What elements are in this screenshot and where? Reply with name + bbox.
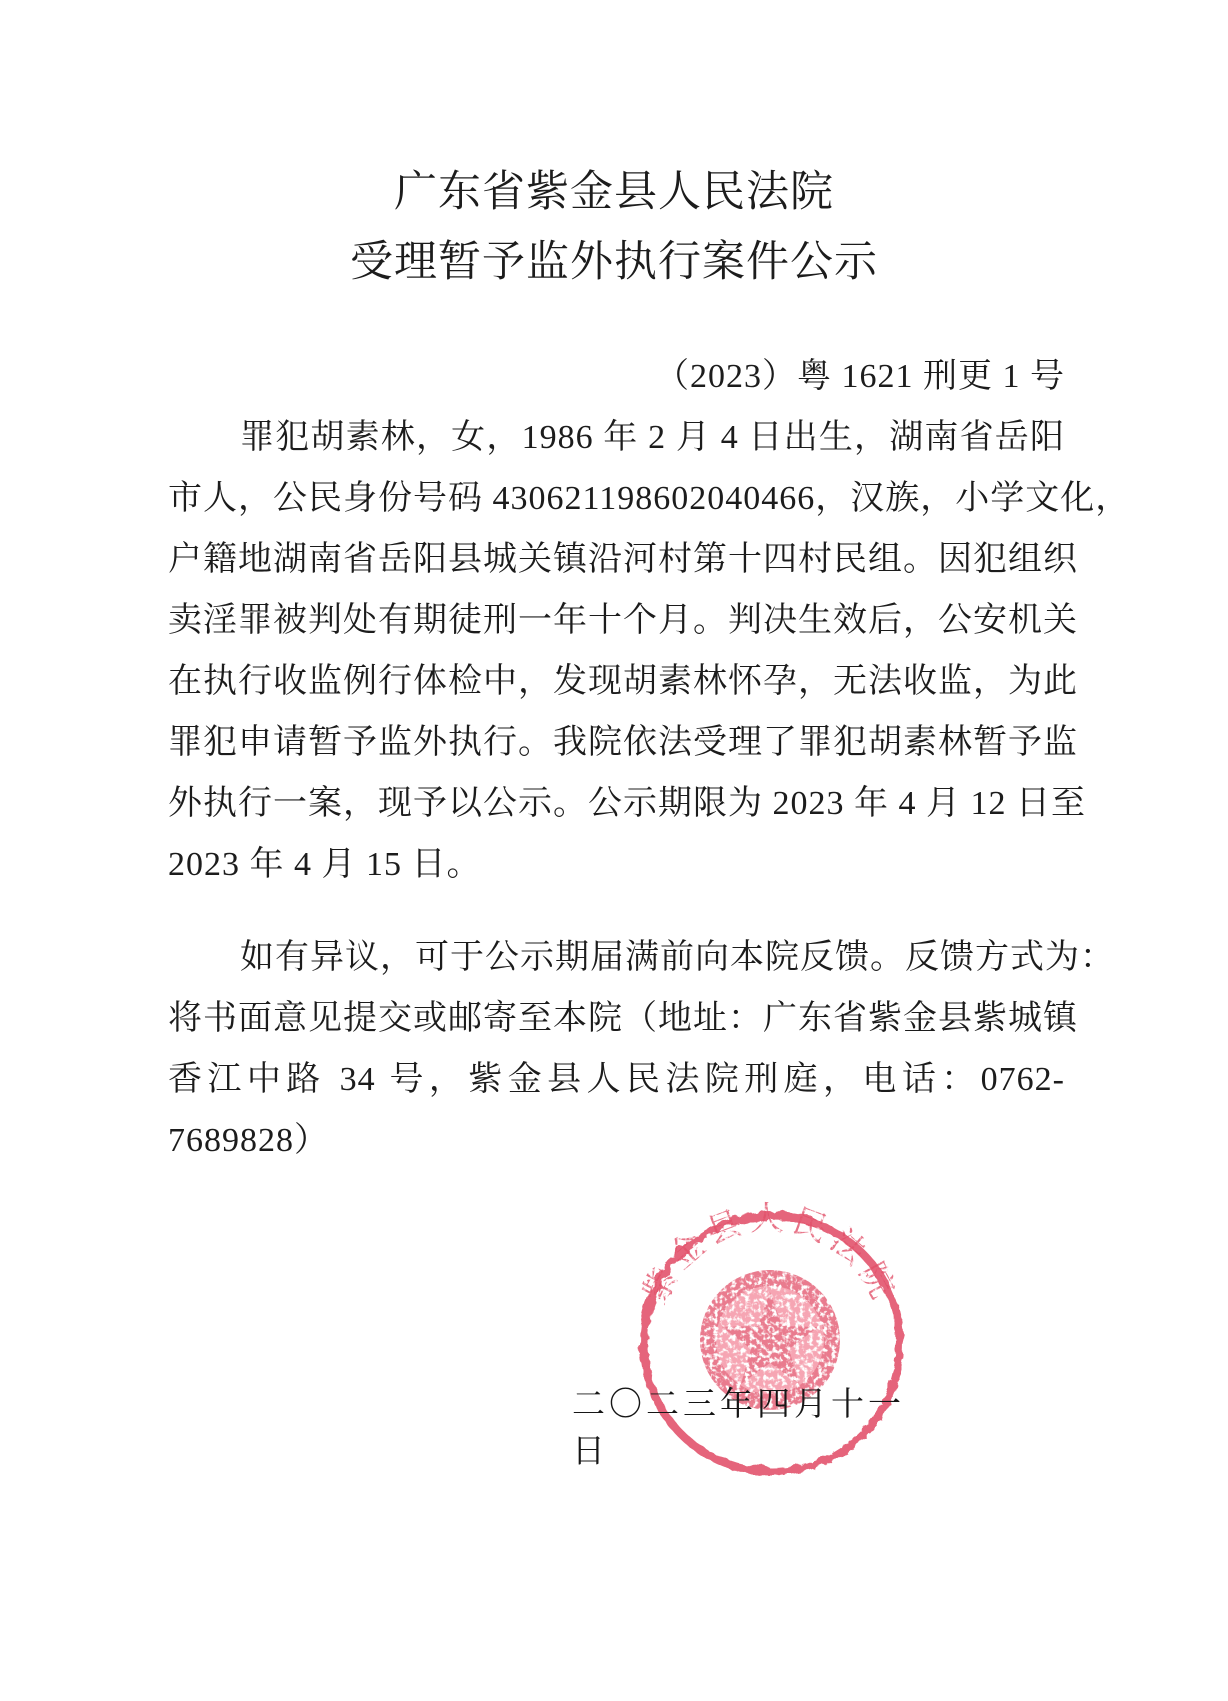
star-icon — [722, 1292, 818, 1384]
body-line: 罪犯胡素林，女，1986 年 2 月 4 日出生，湖南省岳阳 — [168, 407, 1065, 468]
paragraph-2: 如有异议，可于公示期届满前向本院反馈。反馈方式为： 将书面意见提交或邮寄至本院（… — [168, 927, 1065, 1171]
body-line: 香江中路 34 号，紫金县人民法院刑庭，电话：0762-7689828） — [168, 1049, 1065, 1171]
document-body: （2023）粤 1621 刑更 1 号 罪犯胡素林，女，1986 年 2 月 4… — [0, 346, 1228, 1171]
body-line: 将书面意见提交或邮寄至本院（地址：广东省紫金县紫城镇 — [168, 988, 1065, 1049]
case-number: （2023）粤 1621 刑更 1 号 — [168, 346, 1065, 407]
body-line: 外执行一案，现予以公示。公示期限为 2023 年 4 月 12 日至 — [168, 773, 1065, 834]
body-line: 在执行收监例行体检中，发现胡素林怀孕，无法收监，为此 — [168, 651, 1065, 712]
body-line: 2023 年 4 月 15 日。 — [168, 834, 1065, 895]
body-line: 市人，公民身份号码 430621198602040466，汉族，小学文化， — [168, 468, 1065, 529]
body-line: 卖淫罪被判处有期徒刑一年十个月。判决生效后，公安机关 — [168, 590, 1065, 651]
document-page: 广东省紫金县人民法院 受理暂予监外执行案件公示 （2023）粤 1621 刑更 … — [0, 0, 1228, 1701]
title-line-2: 受理暂予监外执行案件公示 — [0, 228, 1228, 298]
seal-arc-text: 紫金县人民法院 — [636, 1201, 905, 1310]
body-line: 户籍地湖南省岳阳县城关镇沿河村第十四村民组。因犯组织 — [168, 529, 1065, 590]
title-line-1: 广东省紫金县人民法院 — [0, 158, 1228, 228]
svg-text:紫金县人民法院: 紫金县人民法院 — [636, 1201, 905, 1310]
paragraph-1: 罪犯胡素林，女，1986 年 2 月 4 日出生，湖南省岳阳 市人，公民身份号码… — [168, 407, 1065, 895]
seal-arc-text-path: 紫金县人民法院 — [636, 1201, 905, 1310]
body-line: 罪犯申请暂予监外执行。我院依法受理了罪犯胡素林暂予监 — [168, 712, 1065, 773]
document-title: 广东省紫金县人民法院 受理暂予监外执行案件公示 — [0, 158, 1228, 298]
document-date: 二〇二三年四月十一日 — [572, 1378, 902, 1472]
body-line: 如有异议，可于公示期届满前向本院反馈。反馈方式为： — [168, 927, 1065, 988]
